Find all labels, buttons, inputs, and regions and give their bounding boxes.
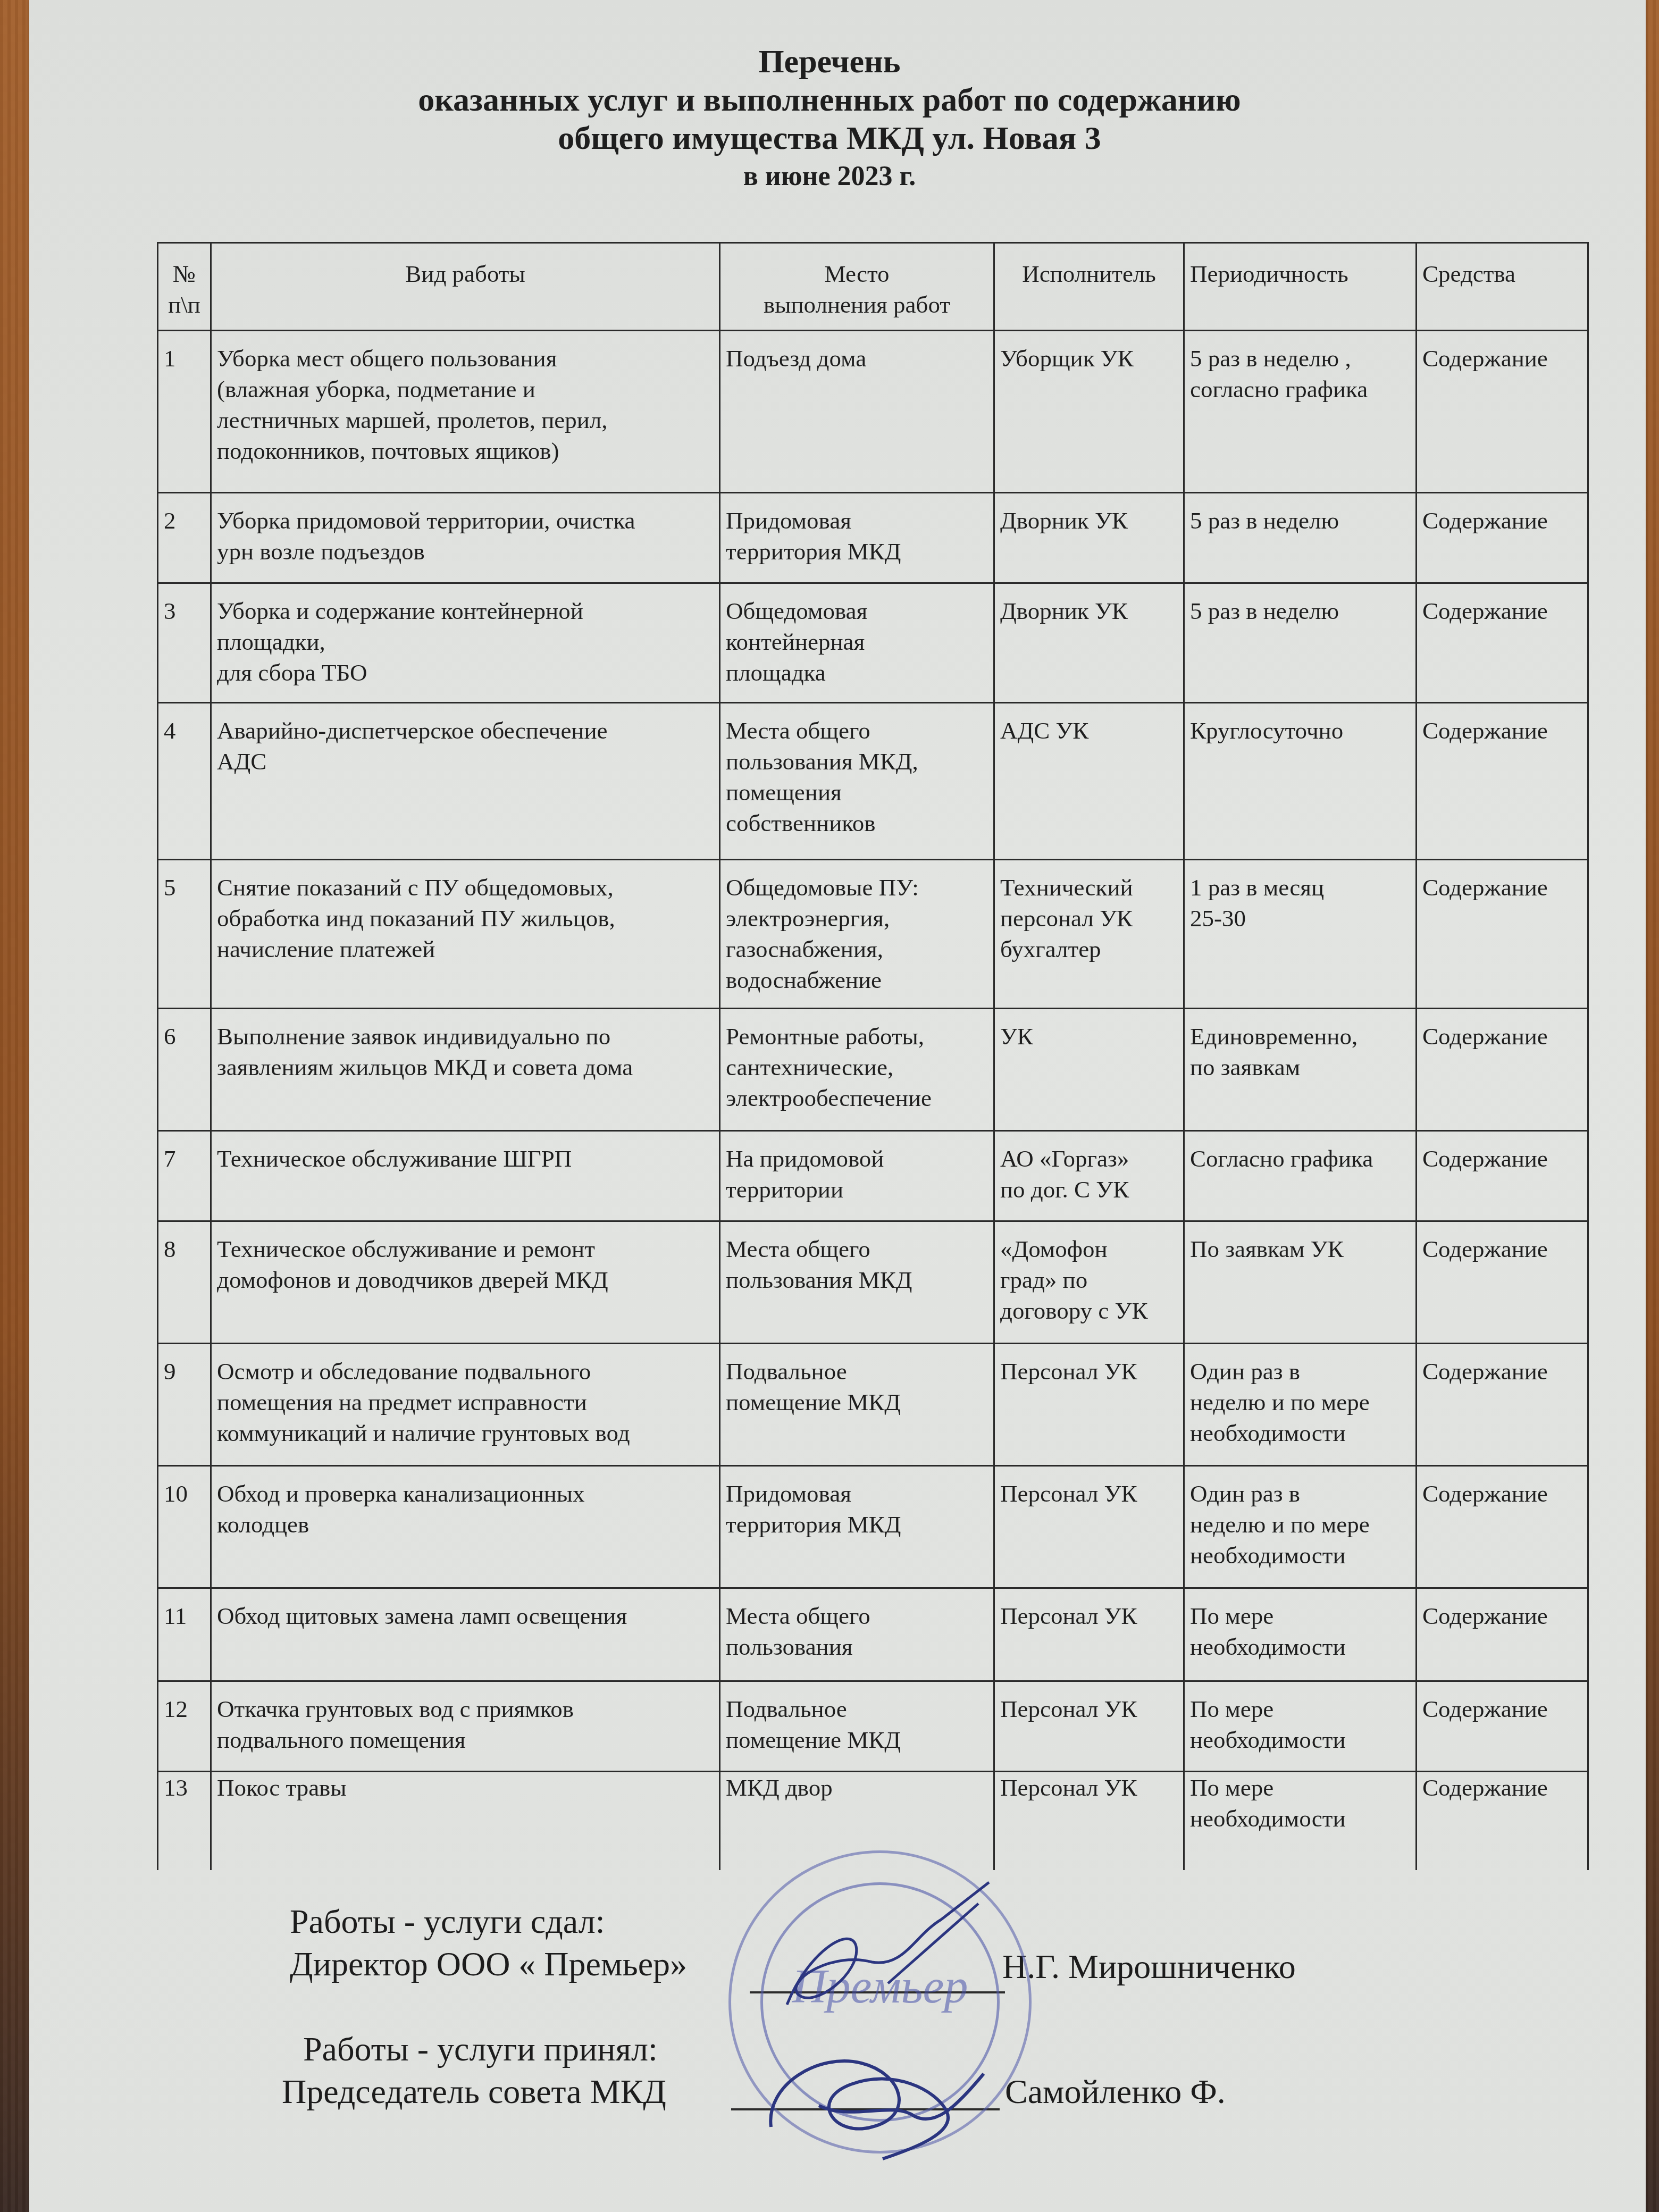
cell-funds: Содержание (1417, 1466, 1588, 1588)
cell-funds: Содержание (1417, 1344, 1588, 1466)
cell-executor: Технический персонал УК бухгалтер (994, 860, 1184, 1009)
table-row: 7Техническое обслуживание ШГРПНа придомо… (158, 1131, 1588, 1221)
cell-periodicity: 1 раз в месяц 25-30 (1184, 860, 1417, 1009)
cell-executor: Персонал УК (994, 1588, 1184, 1681)
cell-funds: Содержание (1417, 583, 1588, 703)
accepted-caption: Работы - услуги принял: (303, 2029, 658, 2070)
cell-funds: Содержание (1417, 1772, 1588, 1870)
cell-funds: Содержание (1417, 1588, 1588, 1681)
cell-place: Придомовая территория МКД (720, 1466, 994, 1588)
handed-name: Н.Г. Мирошниченко (1002, 1946, 1296, 1988)
table-row: 6Выполнение заявок индивидуально по заяв… (158, 1009, 1588, 1131)
cell-work: Техническое обслуживание и ремонт домофо… (211, 1221, 720, 1344)
cell-place: На придомовой территории (720, 1131, 994, 1221)
cell-work: Обход и проверка канализационных колодце… (211, 1466, 720, 1588)
cell-periodicity: По мере необходимости (1184, 1772, 1417, 1870)
cell-num: 1 (158, 331, 211, 493)
cell-work: Техническое обслуживание ШГРП (211, 1131, 720, 1221)
table-row: 8Техническое обслуживание и ремонт домоф… (158, 1221, 1588, 1344)
header-periodicity: Периодичность (1184, 243, 1417, 331)
cell-work: Уборка мест общего пользования (влажная … (211, 331, 720, 493)
cell-executor: АДС УК (994, 703, 1184, 860)
header-place: Место выполнения работ (720, 243, 994, 331)
cell-executor: Дворник УК (994, 583, 1184, 703)
table-row: 4Аварийно-диспетчерское обеспечение АДСМ… (158, 703, 1588, 860)
table-row: 5Снятие показаний с ПУ общедомовых, обра… (158, 860, 1588, 1009)
handed-caption: Работы - услуги сдал: (290, 1901, 605, 1942)
cell-periodicity: По мере необходимости (1184, 1681, 1417, 1772)
header-funds: Средства (1417, 243, 1588, 331)
cell-num: 4 (158, 703, 211, 860)
cell-num: 9 (158, 1344, 211, 1466)
cell-executor: Персонал УК (994, 1681, 1184, 1772)
cell-work: Обход щитовых замена ламп освещения (211, 1588, 720, 1681)
report-period: в июне 2023 г. (0, 157, 1659, 196)
cell-periodicity: Круглосуточно (1184, 703, 1417, 860)
title-line-2: оказанных услуг и выполненных работ по с… (0, 81, 1659, 119)
cell-num: 5 (158, 860, 211, 1009)
table-row: 9Осмотр и обследование подвального помещ… (158, 1344, 1588, 1466)
cell-executor: УК (994, 1009, 1184, 1131)
table-row: 11Обход щитовых замена ламп освещенияМес… (158, 1588, 1588, 1681)
cell-funds: Содержание (1417, 493, 1588, 583)
cell-place: Общедомовая контейнерная площадка (720, 583, 994, 703)
cell-periodicity: По заявкам УК (1184, 1221, 1417, 1344)
cell-num: 13 (158, 1772, 211, 1870)
cell-periodicity: Один раз в неделю и по мере необходимост… (1184, 1466, 1417, 1588)
cell-place: Места общего пользования (720, 1588, 994, 1681)
cell-executor: Дворник УК (994, 493, 1184, 583)
cell-num: 7 (158, 1131, 211, 1221)
cell-place: Придомовая территория МКД (720, 493, 994, 583)
cell-periodicity: 5 раз в неделю (1184, 493, 1417, 583)
chairman-signature-icon (755, 2042, 1000, 2164)
title-line-3: общего имущества МКД ул. Новая 3 (0, 119, 1659, 157)
cell-executor: АО «Горгаз» по дог. С УК (994, 1131, 1184, 1221)
cell-periodicity: 5 раз в неделю (1184, 583, 1417, 703)
cell-place: Подвальное помещение МКД (720, 1344, 994, 1466)
cell-work: Аварийно-диспетчерское обеспечение АДС (211, 703, 720, 860)
table-row: 2Уборка придомовой территории, очистка у… (158, 493, 1588, 583)
cell-num: 8 (158, 1221, 211, 1344)
cell-executor: Уборщик УК (994, 331, 1184, 493)
cell-funds: Содержание (1417, 703, 1588, 860)
cell-periodicity: Согласно графика (1184, 1131, 1417, 1221)
cell-periodicity: Один раз в неделю и по мере необходимост… (1184, 1344, 1417, 1466)
table-row: 1Уборка мест общего пользования (влажная… (158, 331, 1588, 493)
cell-funds: Содержание (1417, 860, 1588, 1009)
cell-funds: Содержание (1417, 1221, 1588, 1344)
cell-periodicity: По мере необходимости (1184, 1588, 1417, 1681)
cell-num: 6 (158, 1009, 211, 1131)
cell-executor: Персонал УК (994, 1772, 1184, 1870)
cell-num: 3 (158, 583, 211, 703)
cell-funds: Содержание (1417, 1009, 1588, 1131)
cell-work: Уборка придомовой территории, очистка ур… (211, 493, 720, 583)
cell-executor: Персонал УК (994, 1344, 1184, 1466)
cell-work: Уборка и содержание контейнерной площадк… (211, 583, 720, 703)
table-row: 3Уборка и содержание контейнерной площад… (158, 583, 1588, 703)
header-num: № п\п (158, 243, 211, 331)
cell-place: Места общего пользования МКД (720, 1221, 994, 1344)
cell-place: Ремонтные работы, сантехнические, электр… (720, 1009, 994, 1131)
table-row: 12Откачка грунтовых вод с приямков подва… (158, 1681, 1588, 1772)
cell-funds: Содержание (1417, 1131, 1588, 1221)
header-executor: Исполнитель (994, 243, 1184, 331)
cell-periodicity: 5 раз в неделю , согласно графика (1184, 331, 1417, 493)
cell-work: Выполнение заявок индивидуально по заявл… (211, 1009, 720, 1131)
table-header-row: № п\п Вид работы Место выполнения работ … (158, 243, 1588, 331)
cell-num: 10 (158, 1466, 211, 1588)
cell-executor: Персонал УК (994, 1466, 1184, 1588)
cell-work: Осмотр и обследование подвального помеще… (211, 1344, 720, 1466)
cell-place: Общедомовые ПУ: электроэнергия, газоснаб… (720, 860, 994, 1009)
document-title: Перечень оказанных услуг и выполненных р… (0, 43, 1659, 196)
cell-work: Откачка грунтовых вод с приямков подваль… (211, 1681, 720, 1772)
header-work-type: Вид работы (211, 243, 720, 331)
cell-place: Подвальное помещение МКД (720, 1681, 994, 1772)
cell-num: 2 (158, 493, 211, 583)
works-table: № п\п Вид работы Место выполнения работ … (157, 242, 1589, 1870)
accepted-name: Самойленко Ф. (1005, 2071, 1226, 2113)
title-line-1: Перечень (0, 43, 1659, 81)
cell-work: Снятие показаний с ПУ общедомовых, обраб… (211, 860, 720, 1009)
cell-funds: Содержание (1417, 1681, 1588, 1772)
cell-place: Подъезд дома (720, 331, 994, 493)
cell-work: Покос травы (211, 1772, 720, 1870)
handed-role: Директор ООО « Премьер» (290, 1943, 687, 1985)
cell-num: 11 (158, 1588, 211, 1681)
cell-funds: Содержание (1417, 331, 1588, 493)
cell-executor: «Домофон град» по договору с УК (994, 1221, 1184, 1344)
table-row: 10Обход и проверка канализационных колод… (158, 1466, 1588, 1588)
director-signature-icon (766, 1872, 1021, 2031)
cell-num: 12 (158, 1681, 211, 1772)
accepted-role: Председатель совета МКД (282, 2071, 666, 2113)
cell-place: Места общего пользования МКД, помещения … (720, 703, 994, 860)
cell-periodicity: Единовременно, по заявкам (1184, 1009, 1417, 1131)
